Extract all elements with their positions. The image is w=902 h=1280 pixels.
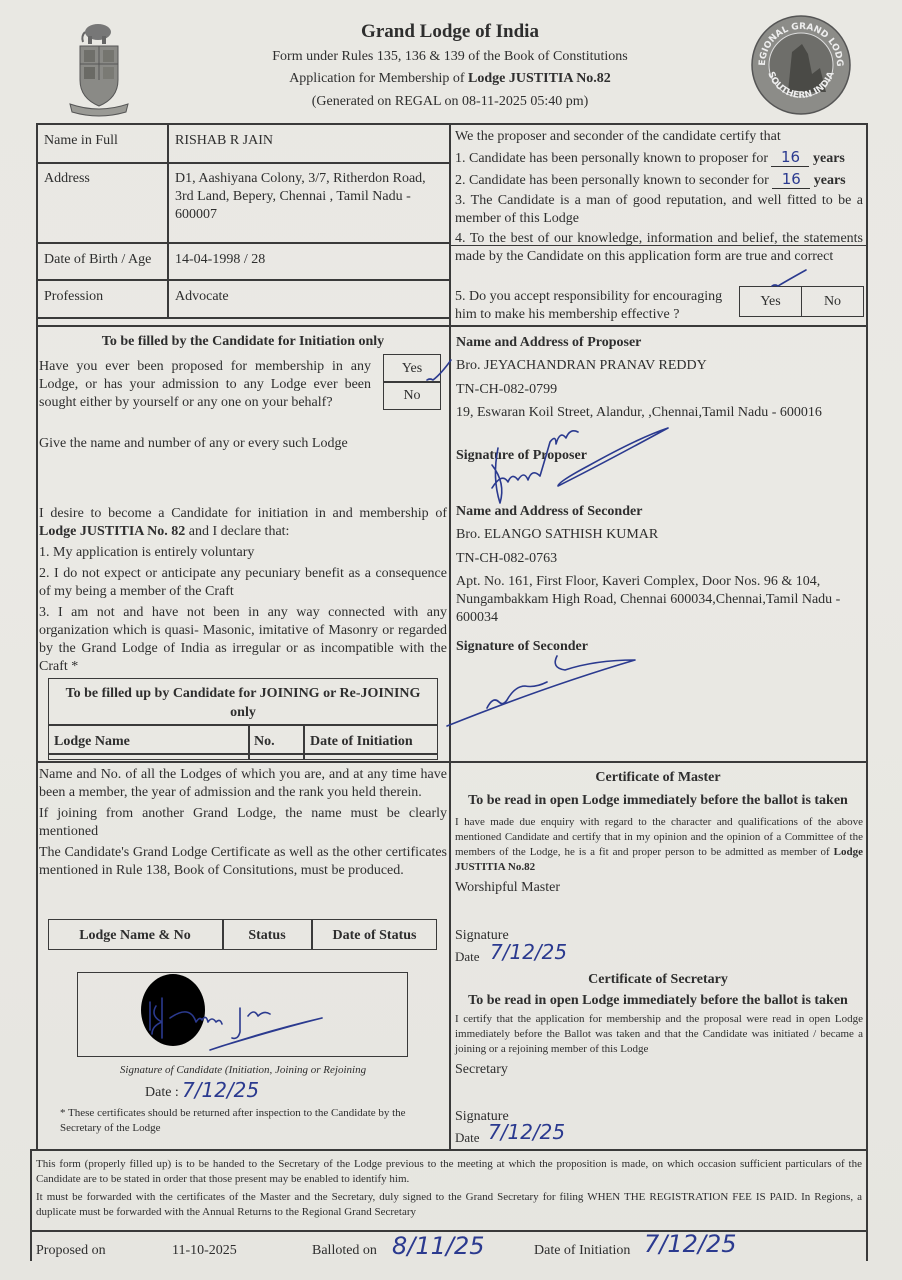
joining-col-no: No. (254, 733, 275, 751)
joining-heading: To be filled up by Candidate for JOINING… (54, 684, 432, 722)
secretary-cert-body: I certify that the application for membe… (455, 1012, 863, 1057)
no-checkmark-icon (425, 360, 455, 386)
years-label: years (814, 173, 846, 188)
application-line: Application for Membership of Lodge JUST… (220, 69, 680, 89)
certify-no-option[interactable]: No (801, 286, 864, 317)
certify-item-2: 2. Candidate has been personally known t… (455, 170, 863, 190)
secretary-date-label: Date (455, 1129, 480, 1146)
declaration-point-3: 3. I am not and have not been in any way… (39, 604, 447, 676)
lodges-col-status: Status (223, 927, 311, 945)
candidate-value-name: RISHAB R JAIN (175, 132, 273, 150)
grand-lodge-crest-icon (66, 12, 132, 120)
certify-intro: We the proposer and seconder of the cand… (455, 128, 863, 146)
candidate-label-dob: Date of Birth / Age (44, 251, 151, 269)
lodges-para-3: The Candidate's Grand Lodge Certificate … (39, 844, 447, 880)
certify-item-5: 5. Do you accept responsibility for enco… (455, 288, 737, 324)
footer-note-2: It must be forwarded with the certificat… (36, 1190, 862, 1220)
candidate-date-value[interactable]: 7/12/25 (182, 1078, 259, 1102)
initiation-date-value[interactable]: 7/12/25 (644, 1230, 737, 1258)
secretary-cert-subtitle: To be read in open Lodge immediately bef… (451, 992, 865, 1010)
lodge-name: Lodge JUSTITIA No.82 (468, 71, 611, 86)
seconder-name: Bro. ELANGO SATHISH KUMAR (456, 526, 658, 544)
certify-item-3: 3. The Candidate is a man of good reputa… (455, 192, 863, 228)
form-subtitle: Form under Rules 135, 136 & 139 of the B… (220, 47, 680, 67)
lodges-para-1: Name and No. of all the Lodges of which … (39, 766, 447, 802)
seconder-signature-icon (445, 650, 645, 740)
candidate-label-profession: Profession (44, 288, 103, 306)
seconder-years-field[interactable]: 16 (772, 170, 810, 189)
certify-yes-option[interactable]: Yes (739, 286, 802, 317)
proposed-on-value: 11-10-2025 (172, 1242, 237, 1260)
proposer-name: Bro. JEYACHANDRAN PRANAV REDDY (456, 357, 707, 375)
membership-application-form: Grand Lodge of India Form under Rules 13… (0, 0, 902, 1280)
declaration-intro: I desire to become a Candidate for initi… (39, 505, 447, 541)
declaration-text: I desire to become a Candidate for initi… (39, 506, 447, 521)
initiation-question: Have you ever been proposed for membersh… (39, 358, 371, 412)
yes-checkmark-icon (770, 270, 810, 290)
lodges-para-2: If joining from another Grand Lodge, the… (39, 805, 447, 841)
candidate-signature-icon (140, 972, 340, 1057)
master-cert-body-text: I have made due enquiry with regard to t… (455, 816, 863, 858)
initiation-give-name: Give the name and number of any or every… (39, 435, 348, 453)
proposer-signature-icon (470, 418, 670, 508)
declaration-lodge: Lodge JUSTITIA No. 82 (39, 524, 185, 539)
proposer-heading: Name and Address of Proposer (456, 334, 641, 352)
candidate-label-address: Address (44, 170, 90, 188)
joining-col-lodge-name: Lodge Name (54, 733, 130, 751)
application-prefix: Application for Membership of (289, 71, 468, 86)
declaration-point-2: 2. I do not expect or anticipate any pec… (39, 565, 447, 601)
form-title: Grand Lodge of India (220, 20, 680, 44)
regional-grand-lodge-seal-icon: REGIONAL GRAND LODGE SOUTHERN INDIA (750, 14, 852, 116)
certify-item-1-text: 1. Candidate has been personally known t… (455, 151, 768, 166)
declaration-point-1: 1. My application is entirely voluntary (39, 544, 447, 562)
footer-note-1: This form (properly filled up) is to be … (36, 1157, 862, 1187)
master-cert-body: I have made due enquiry with regard to t… (455, 815, 863, 875)
master-cert-title: Certificate of Master (451, 769, 865, 787)
candidate-value-dob: 14-04-1998 / 28 (175, 251, 265, 269)
initiation-heading: To be filled by the Candidate for Initia… (38, 333, 448, 351)
generated-stamp: (Generated on REGAL on 08-11-2025 05:40 … (220, 92, 680, 112)
seconder-address: Apt. No. 161, First Floor, Kaveri Comple… (456, 573, 864, 627)
joining-col-date: Date of Initiation (310, 733, 413, 751)
certify-item-2-text: 2. Candidate has been personally known t… (455, 173, 769, 188)
proposer-years-field[interactable]: 16 (771, 148, 809, 167)
candidate-label-name: Name in Full (44, 132, 118, 150)
secretary-role: Secretary (455, 1061, 508, 1079)
balloted-on-value[interactable]: 8/11/25 (392, 1232, 485, 1260)
candidate-value-address: D1, Aashiyana Colony, 3/7, Ritherdon Roa… (175, 170, 443, 224)
secretary-cert-title: Certificate of Secretary (451, 971, 865, 989)
declaration-text-2: and I declare that: (185, 524, 289, 539)
proposed-on-label: Proposed on (36, 1242, 106, 1260)
master-date-value[interactable]: 7/12/25 (490, 940, 567, 964)
certify-item-1: 1. Candidate has been personally known t… (455, 148, 863, 168)
master-role: Worshipful Master (455, 879, 560, 897)
secretary-date-value[interactable]: 7/12/25 (488, 1120, 565, 1144)
seconder-id: TN-CH-082-0763 (456, 550, 557, 568)
declaration-block: I desire to become a Candidate for initi… (39, 505, 447, 676)
proposer-id: TN-CH-082-0799 (456, 381, 557, 399)
initiation-date-label: Date of Initiation (534, 1242, 630, 1260)
candidate-date-label: Date : (145, 1084, 179, 1102)
candidate-certificate-note: * These certificates should be returned … (60, 1106, 440, 1136)
master-cert-subtitle: To be read in open Lodge immediately bef… (451, 792, 865, 810)
candidate-signature-caption: Signature of Candidate (Initiation, Join… (60, 1063, 426, 1078)
balloted-on-label: Balloted on (312, 1242, 377, 1260)
years-label: years (813, 151, 845, 166)
lodges-col-name: Lodge Name & No (48, 927, 222, 945)
lodges-col-date: Date of Status (312, 927, 437, 945)
master-date-label: Date (455, 948, 480, 965)
candidate-value-profession: Advocate (175, 288, 229, 306)
lodges-block: Name and No. of all the Lodges of which … (39, 766, 447, 880)
seconder-heading: Name and Address of Seconder (456, 503, 642, 521)
certify-item-4: 4. To the best of our knowledge, informa… (455, 230, 863, 266)
